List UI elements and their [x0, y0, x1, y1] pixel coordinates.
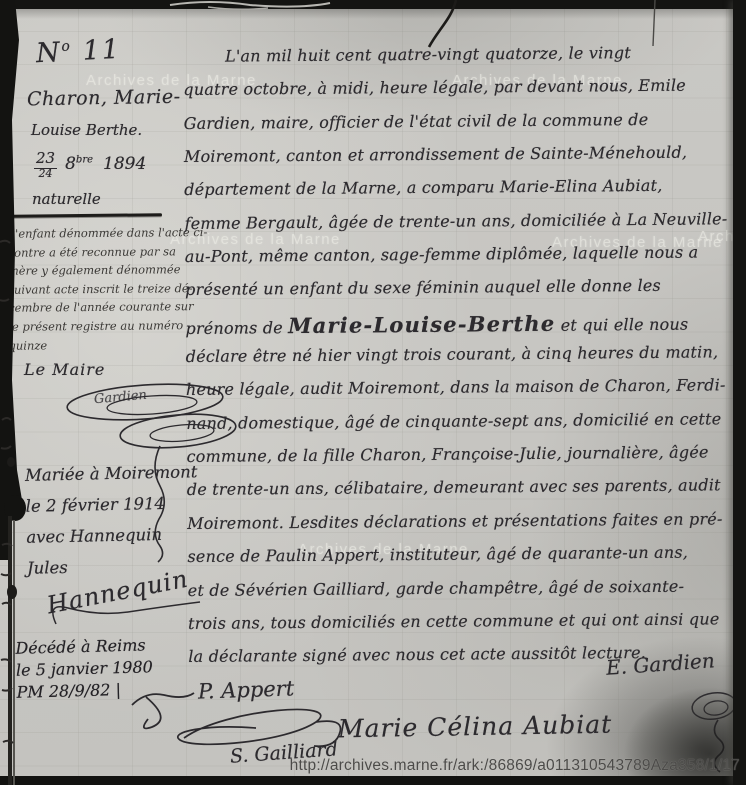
act-line: Moiremont, canton et arrondissement de S…	[184, 142, 740, 180]
note-line: le 5 janvier 1980	[16, 656, 153, 682]
margin-registration-date: 23248bre1894	[34, 150, 146, 179]
act-line: et de Sévérien Gailliard, garde champêtr…	[188, 576, 744, 614]
top-ghost-signature	[0, 0, 746, 52]
act-body: L'an mil huit cent quatre-vingt quatorze…	[183, 42, 745, 680]
signature-aubiat: Marie Célina Aubiat	[338, 710, 613, 744]
margin-child-name-line1: Charon, Marie-	[27, 86, 181, 111]
act-line: nand, domestique, âgé de cinquante-sept …	[186, 409, 742, 447]
pencil-line	[653, 0, 655, 46]
note-line: avec Hannequin	[26, 518, 199, 553]
act-line: quatre octobre, à midi, heure légale, pa…	[183, 75, 739, 113]
act-line: Moiremont. Lesdites déclarations et prés…	[187, 509, 743, 547]
act-line-child-names: prénoms de Marie-Louise-Berthe et qui el…	[185, 309, 741, 347]
note-line: Mariée à Moiremont	[25, 456, 198, 491]
act-line: commune, de la fille Charon, Françoise-J…	[186, 442, 742, 480]
act-line: de trente-un ans, célibataire, demeurant…	[187, 476, 743, 514]
act-line: heure légale, audit Moiremont, dans la m…	[186, 376, 742, 414]
archive-url-watermark: http://archives.marne.fr/ark:/86869/a011…	[290, 757, 740, 775]
act-emphasized-name: Marie-Louise-Berthe	[288, 311, 555, 338]
margin-status: naturelle	[32, 190, 101, 208]
act-text: prénoms de	[185, 318, 288, 338]
act-text: et qui elle nous	[555, 314, 688, 334]
top-ink-stroke	[429, 0, 456, 47]
marriage-signature-flourish	[50, 596, 210, 636]
registry-act-scan: Archives de la Marne Archives de la Marn…	[0, 0, 746, 785]
margin-marriage-note: Mariée à Moiremont le 2 février 1914 ave…	[25, 456, 200, 584]
note-line: le 2 février 1914	[25, 487, 198, 522]
act-line: Gardien, maire, officier de l'état civil…	[184, 109, 740, 147]
act-line: au-Pont, même canton, sage-femme diplômé…	[185, 242, 741, 280]
scan-edge-right	[733, 0, 746, 785]
margin-child-name-line2: Louise Berthe.	[31, 121, 142, 139]
act-line: présenté un enfant du sexe féminin auque…	[185, 276, 741, 314]
act-line: département de la Marne, a comparu Marie…	[184, 176, 740, 214]
act-line: déclare être né hier vingt trois courant…	[186, 342, 742, 380]
act-line: sence de Paulin Appert, instituteur, âgé…	[187, 542, 743, 580]
act-line: femme Bergault, âgée de trente-un ans, d…	[184, 209, 740, 247]
binding-edge-left	[0, 0, 36, 785]
scan-edge-bottom	[0, 776, 746, 785]
act-line: trois ans, tous domiciliés en cette comm…	[188, 609, 744, 647]
